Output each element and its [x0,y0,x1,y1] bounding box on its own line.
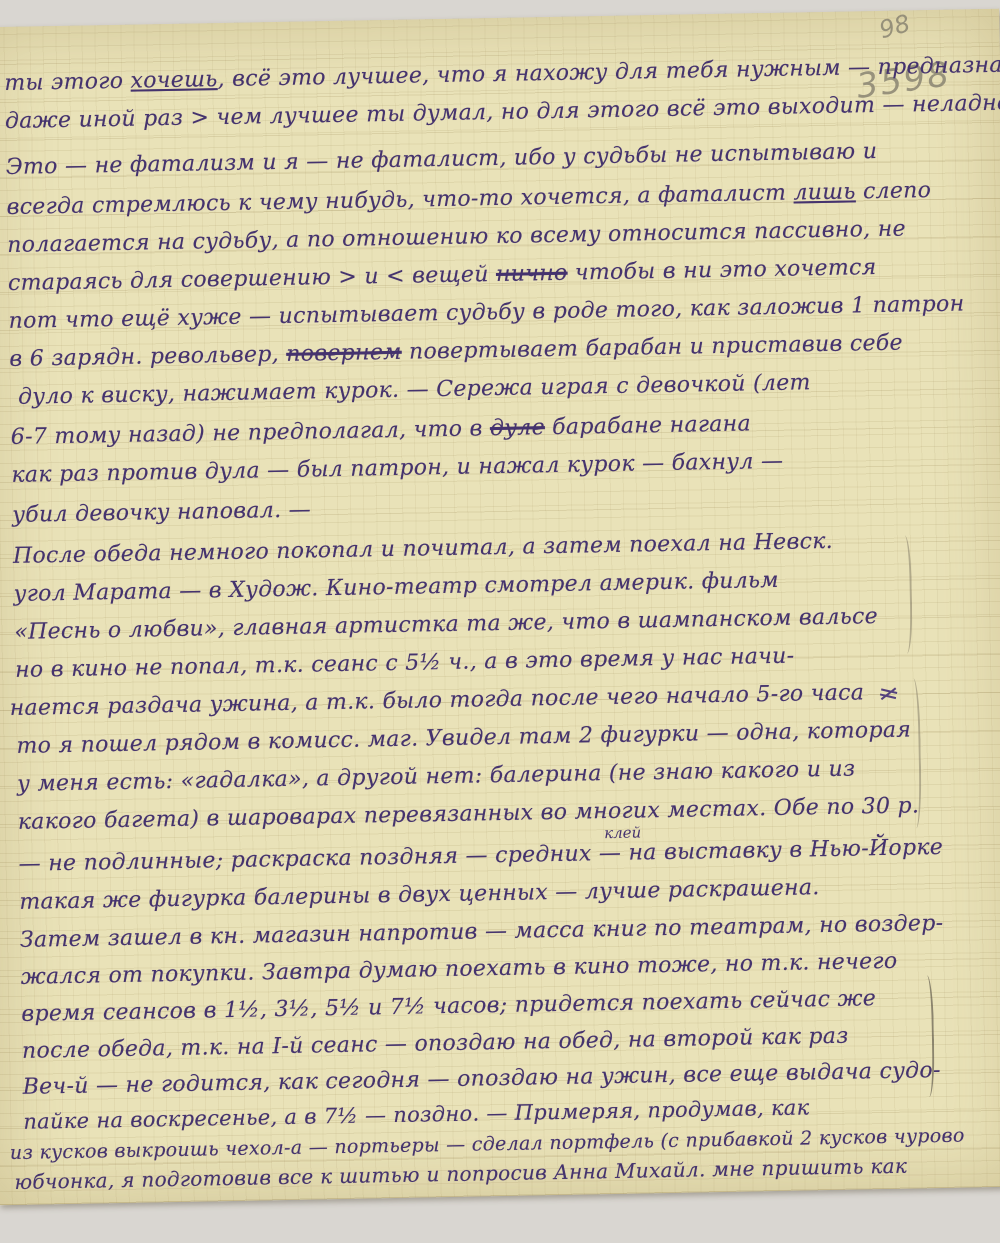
line-text: чтобы в ни это хочется [567,255,876,286]
line-text: в 6 зарядн. револьвер, [9,342,286,372]
diary-page: 98 3598 ты этого хочешь, всё это лучшее,… [0,9,1000,1206]
handwritten-line: ты этого хочешь, всё это лучшее, что я н… [4,50,1000,96]
line-text: всегда стремлюсь к чему нибудь, что-то х… [6,181,793,220]
line-text: 6-7 тому назад) не предполагал, что в [11,416,491,450]
handwritten-line: то я пошел рядом в комисс. маг. Увидел т… [16,717,911,758]
line-text: ты этого [4,69,131,96]
handwritten-line: убил девочку наповал. — [12,497,311,527]
handwritten-line: жался от покупки. Завтра думаю поехать в… [20,949,897,990]
handwritten-line: как раз против дула — был патрон, и нажа… [11,449,783,488]
margin-pencil-mark [907,678,922,828]
handwritten-line: Это — не фатализм и я — не фаталист, ибо… [6,139,878,180]
interlinear-insertion: клей [604,823,641,842]
crossed-out-word: нично [496,261,568,287]
handwritten-line: дуло к виску, нажимает курок. — Сережа и… [18,370,811,410]
pencil-page-number-small: 98 [876,9,913,44]
handwritten-line: стараясь для совершению > и < вещей ничн… [8,255,877,296]
handwritten-line: всегда стремлюсь к чему нибудь, что-то х… [6,178,931,220]
handwritten-line: даже иной раз > чем лучшее ты думал, но … [5,90,1000,134]
handwritten-line: но в кино не попал, т.к. сеанс с 5½ ч., … [15,644,795,683]
handwritten-line: в 6 зарядн. револьвер, повернем повертыв… [9,331,903,372]
crossed-out-word: дуле [490,415,545,441]
handwritten-line: Затем зашел в кн. магазин напротив — мас… [20,911,944,953]
handwritten-line: — не подлинные; раскраска поздняя — сред… [18,835,943,877]
handwritten-line: пот что ещё хуже — испытывает судьбу в р… [8,291,964,334]
handwritten-line: нается раздача ужина, а т.к. было тогда … [10,680,865,721]
slash-correction-mark: ≠ [875,677,903,711]
margin-pencil-mark [921,975,935,1097]
handwritten-line: 6-7 тому назад) не предполагал, что в ду… [11,411,752,450]
handwritten-line: время сеансов в 1½, 3½, 5½ и 7½ часов; п… [21,986,876,1027]
handwritten-line: пайке на воскресенье, а в 7½ — поздно. —… [23,1095,810,1133]
handwritten-line: полагается на судьбу, а по отношению ко … [7,216,906,257]
line-text: слепо [855,178,931,204]
margin-pencil-mark [899,535,913,653]
underlined-word: лишь [793,179,856,205]
handwritten-line: «Песнь о любви», главная артистка та же,… [14,604,878,645]
handwritten-line: у меня есть: «гадалка», а другой нет: ба… [17,757,856,797]
handwritten-line: угол Марата — в Худож. Кино-театр смотре… [13,568,779,607]
photograph-background: 98 3598 ты этого хочешь, всё это лучшее,… [0,0,1000,1243]
handwritten-line: какого багета) в шароварах перевязанных … [18,793,920,835]
line-text: барабане нагана [545,411,751,440]
handwritten-line: После обеда немного покопал и почитал, а… [13,529,833,569]
line-text: повертывает барабан и приставив себе [401,331,903,365]
underlined-word: хочешь [130,67,217,94]
line-text: стараясь для совершению > и < вещей [8,262,496,296]
crossed-out-word: повернем [286,340,402,367]
handwritten-line: такая же фигурка балерины в двух ценных … [19,875,820,915]
handwritten-line: после обеда, т.к. на I-й сеанс — опоздаю… [22,1024,849,1064]
handwritten-line: Веч-й — не годится, как сегодня — опозда… [22,1058,940,1100]
